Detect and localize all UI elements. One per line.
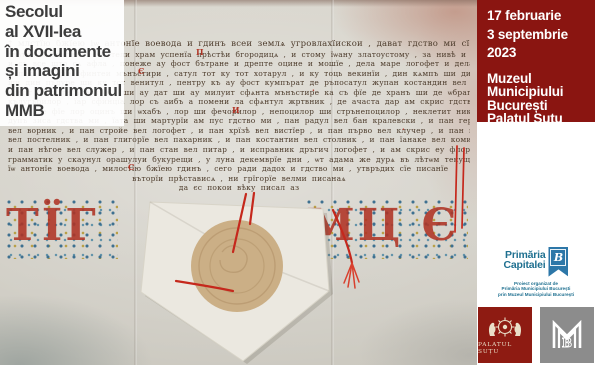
venue-name-line: Municipiului xyxy=(487,85,589,99)
organizer-name-line: Capitalei xyxy=(504,260,546,271)
b-monogram: B xyxy=(550,249,566,266)
manuscript-photo: † млстїю бжїею іѡ антонїе воевода и гдин… xyxy=(0,0,477,365)
palatul-sutu-label: PALATUL SUȚU xyxy=(478,342,532,356)
organizer-caption: Proiect organizat de Primăria Municipiul… xyxy=(498,281,574,298)
logos-row: PALATUL SUȚU B xyxy=(478,307,594,363)
page-title-line: în documente xyxy=(5,42,122,62)
event-info-panel: 17 februarie 3 septembrie 2023 Muzeul Mu… xyxy=(477,0,595,122)
primaria-capitalei-logo: Primăria Capitalei B Proiect organizat d… xyxy=(498,247,574,298)
pennant-icon: B xyxy=(548,247,568,277)
thread-tassel xyxy=(344,263,359,288)
page-title-line: din patrimoniul xyxy=(5,81,122,101)
primaria-capitalei-wordmark: Primăria Capitalei xyxy=(504,247,546,271)
date-end: 3 septembrie 2023 xyxy=(487,26,589,63)
lion-left xyxy=(489,322,496,335)
date-start: 17 februarie xyxy=(487,7,589,26)
info-column: 17 februarie 3 septembrie 2023 Muzeul Mu… xyxy=(477,0,595,365)
caption-line: prin Muzeul Municipiului București xyxy=(498,292,574,298)
page-title-line: Secolul xyxy=(5,2,122,22)
lion-right xyxy=(515,322,522,335)
palatul-sutu-logo: PALATUL SUȚU xyxy=(478,307,532,363)
title-block: Secolul al XVII-lea în documente și imag… xyxy=(0,0,124,126)
page-title-line: și imagini xyxy=(5,61,122,81)
sponsor-area: Primăria Capitalei B Proiect organizat d… xyxy=(477,122,595,365)
exhibition-poster: † млстїю бжїею іѡ антонїе воевода и гдин… xyxy=(0,0,595,365)
venue-name-line: București xyxy=(487,99,589,113)
venue-name-line: Muzeul xyxy=(487,72,589,86)
page-title-line: al XVII-lea xyxy=(5,22,122,42)
page-title-line: MMB xyxy=(5,101,122,121)
lions-rosette-icon xyxy=(482,315,528,341)
mmb-logo: B xyxy=(540,307,594,363)
mb-monogram-icon: B xyxy=(547,315,587,355)
mmb-b-letter: B xyxy=(562,336,572,350)
